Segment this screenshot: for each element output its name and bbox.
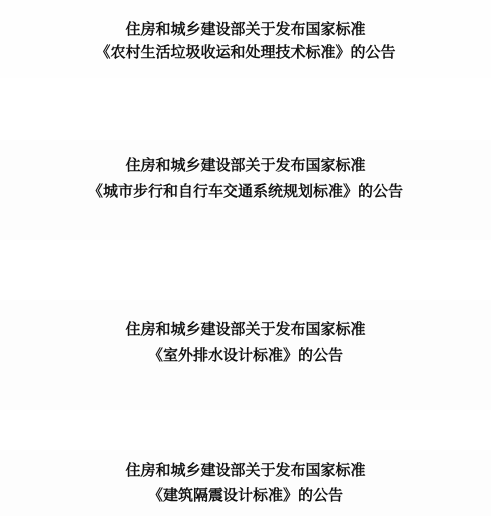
announcement-standard-title: 《农村生活垃圾收运和处理技术标准》的公告 [0, 40, 491, 64]
announcement-heading: 住房和城乡建设部关于发布国家标准 [0, 17, 491, 41]
announcement-banner-urban-walking-cycling[interactable]: 住房和城乡建设部关于发布国家标准 《城市步行和自行车交通系统规划标准》的公告 [0, 140, 491, 240]
announcement-heading: 住房和城乡建设部关于发布国家标准 [0, 153, 491, 177]
announcement-banner-outdoor-drainage[interactable]: 住房和城乡建设部关于发布国家标准 《室外排水设计标准》的公告 [0, 300, 491, 410]
announcement-standard-title: 《城市步行和自行车交通系统规划标准》的公告 [0, 179, 491, 203]
announcement-standard-title: 《室外排水设计标准》的公告 [0, 343, 491, 367]
announcement-banner-rural-waste[interactable]: 住房和城乡建设部关于发布国家标准 《农村生活垃圾收运和处理技术标准》的公告 [0, 0, 491, 78]
announcement-heading: 住房和城乡建设部关于发布国家标准 [0, 317, 491, 341]
announcement-heading: 住房和城乡建设部关于发布国家标准 [0, 458, 491, 482]
announcement-banner-seismic-isolation[interactable]: 住房和城乡建设部关于发布国家标准 《建筑隔震设计标准》的公告 [0, 450, 491, 516]
announcement-standard-title: 《建筑隔震设计标准》的公告 [0, 483, 491, 507]
